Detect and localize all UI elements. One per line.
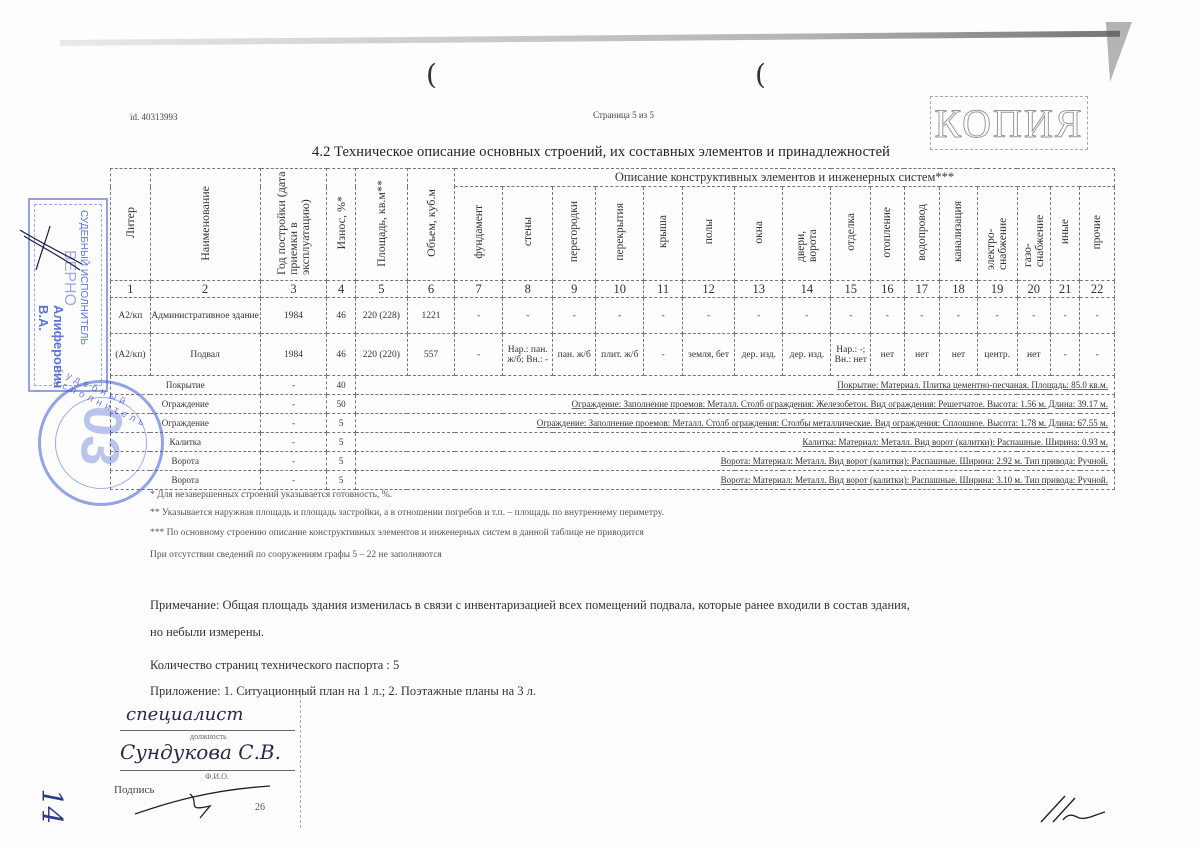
cell-liter: А2/кп (111, 298, 151, 334)
structure-description: Ограждение: Заполнение проемов: Металл. … (355, 414, 1114, 433)
seal-number: 03 (68, 403, 135, 468)
cell: Нар.: -; Вн.: нет (831, 334, 871, 376)
cell: - (682, 298, 734, 334)
structure-year: - (260, 376, 327, 395)
cell-year: 1984 (260, 334, 327, 376)
col-header-liter: Литер (111, 169, 151, 281)
page-count: Количество страниц технического паспорта… (150, 658, 399, 673)
cell: - (831, 298, 871, 334)
structure-row: Ворота - 5 Ворота: Материал: Металл. Вид… (111, 452, 1115, 471)
cell: - (735, 298, 783, 334)
cell: - (871, 298, 904, 334)
cell: - (503, 298, 553, 334)
col-header-finishing: отделка (831, 187, 871, 281)
col-header-sewage: канализация (940, 187, 978, 281)
col-header-other: иные (1050, 187, 1079, 281)
cell: - (977, 298, 1017, 334)
cell: - (553, 298, 596, 334)
cell: - (596, 298, 644, 334)
cell-liter: (А2/кп) (111, 334, 151, 376)
col-num: 7 (455, 281, 503, 298)
structure-year: - (260, 395, 327, 414)
cell: плит. ж/б (596, 334, 644, 376)
col-num: 21 (1050, 281, 1079, 298)
structure-description: Покрытие: Материал. Плитка цементно-песч… (355, 376, 1114, 395)
cell: - (783, 298, 831, 334)
round-seal: судебный исполнитель 03 (38, 380, 164, 506)
cell: дер. изд. (735, 334, 783, 376)
col-num: 1 (111, 281, 151, 298)
structure-row: Ворота - 5 Ворота: Материал: Металл. Вид… (111, 471, 1115, 490)
structure-description: Ворота: Материал: Металл. Вид ворот (кал… (355, 452, 1114, 471)
cell-volume: 557 (407, 334, 454, 376)
col-header-area: Площадь, кв.м** (355, 169, 407, 281)
col-header-heating: отопление (871, 187, 904, 281)
document-id: id. 40313993 (130, 112, 178, 122)
cell: - (1050, 334, 1079, 376)
signature-block: специалист должность Сундукова С.В. Ф.И.… (110, 690, 301, 828)
remark-line-2: но небыли измерены. (150, 625, 264, 640)
col-num: 9 (553, 281, 596, 298)
col-header-roof: крыша (644, 187, 683, 281)
copy-stamp: КОПИЯ (930, 96, 1088, 150)
cell: земля, бет (682, 334, 734, 376)
cell: - (904, 298, 940, 334)
cell: Нар.: пан. ж/б; Вн.: - (503, 334, 553, 376)
col-header-windows: окна (735, 187, 783, 281)
col-header-wear: Износ, %* (327, 169, 355, 281)
remark-line-1: Примечание: Общая площадь здания изменил… (150, 598, 910, 613)
cell-wear: 46 (327, 298, 355, 334)
cell-name: Административное здание (150, 298, 260, 334)
punch-hole-mark: ( (755, 58, 766, 91)
cell: нет (871, 334, 904, 376)
footnote-3: *** По основному строению описание конст… (150, 528, 644, 538)
cell: - (940, 298, 978, 334)
structure-row: Ограждение - 50 Ограждение: Заполнение п… (111, 395, 1115, 414)
col-header-floors-slabs: перекрытия (596, 187, 644, 281)
bailiff-rect-stamp: СУДЕБНЫЙ ИСПОЛНИТЕЛЬ ВЕРНО Алиферович В.… (28, 198, 108, 392)
col-num: 12 (682, 281, 734, 298)
cell-volume: 1221 (407, 298, 454, 334)
col-num: 4 (327, 281, 355, 298)
column-number-row: 1 2 3 4 5 6 7 8 9 10 11 12 13 14 15 16 1… (111, 281, 1115, 298)
col-num: 6 (407, 281, 454, 298)
name-handwritten: Сундукова С.В. (120, 740, 281, 764)
col-header-year: Год постройки (дата приемки в эксплуатац… (260, 169, 327, 281)
table-row: (А2/кп) Подвал 1984 46 220 (220) 557 - Н… (111, 334, 1115, 376)
cell: - (1080, 298, 1115, 334)
col-num: 19 (977, 281, 1017, 298)
cell: - (644, 334, 683, 376)
table-row: А2/кп Административное здание 1984 46 22… (111, 298, 1115, 334)
col-header-walls: стены (503, 187, 553, 281)
cell: - (1017, 298, 1050, 334)
date-fragment: 26 (255, 802, 265, 813)
col-header-water: водопровод (904, 187, 940, 281)
cell: нет (904, 334, 940, 376)
cell: нет (1017, 334, 1050, 376)
col-header-electricity: электро-снабжение (977, 187, 1017, 281)
col-header-volume: Объем, куб.м (407, 169, 454, 281)
cell-wear: 46 (327, 334, 355, 376)
structure-row: Покрытие - 40 Покрытие: Материал. Плитка… (111, 376, 1115, 395)
cell: нет (940, 334, 978, 376)
cell: центр. (977, 334, 1017, 376)
col-num: 16 (871, 281, 904, 298)
scan-artifact-line (60, 31, 1120, 46)
col-num: 17 (904, 281, 940, 298)
structure-wear: 40 (327, 376, 355, 395)
cell: дер. изд. (783, 334, 831, 376)
col-header-foundation: фундамент (455, 187, 503, 281)
col-num: 10 (596, 281, 644, 298)
cell: - (1050, 298, 1079, 334)
technical-description-table: Литер Наименование Год постройки (дата п… (110, 168, 1115, 490)
section-title: 4.2 Техническое описание основных строен… (312, 144, 890, 161)
col-num: 8 (503, 281, 553, 298)
col-header-misc: прочие (1080, 187, 1115, 281)
col-num: 2 (150, 281, 260, 298)
col-header-doors: двери, ворота (783, 187, 831, 281)
cell-name: Подвал (150, 334, 260, 376)
cell: пан. ж/б (553, 334, 596, 376)
structure-year: - (260, 471, 327, 490)
cell-area: 220 (220) (355, 334, 407, 376)
footnote-2: ** Указывается наружная площадь и площад… (150, 508, 664, 518)
col-num: 20 (1017, 281, 1050, 298)
structure-wear: 5 (327, 414, 355, 433)
col-header-gas: газо-снабжение (1017, 187, 1050, 281)
page-indicator: Страница 5 из 5 (593, 110, 654, 120)
structure-description: Калитка: Материал: Металл. Вид ворот (ка… (355, 433, 1114, 452)
footnote-4: При отсутствии сведений по сооружениям г… (150, 550, 442, 560)
structure-year: - (260, 414, 327, 433)
cell: - (455, 334, 503, 376)
signature-scribble (130, 782, 290, 822)
position-handwritten: специалист (126, 704, 243, 725)
structure-description: Ограждение: Заполнение проемов: Металл. … (355, 395, 1114, 414)
structure-description: Ворота: Материал: Металл. Вид ворот (кал… (355, 471, 1114, 490)
col-num: 3 (260, 281, 327, 298)
cell: - (1080, 334, 1115, 376)
structure-year: - (260, 433, 327, 452)
structure-wear: 50 (327, 395, 355, 414)
name-caption: Ф.И.О. (205, 772, 229, 781)
handwritten-page-number: 14 (35, 789, 68, 825)
initial-signature (1035, 790, 1115, 830)
signature-line (120, 770, 295, 771)
col-num: 15 (831, 281, 871, 298)
stamp-signature (16, 220, 86, 280)
cell-area: 220 (228) (355, 298, 407, 334)
group-header-elements: Описание конструктивных элементов и инже… (455, 169, 1115, 187)
col-num: 5 (355, 281, 407, 298)
col-header-floors: полы (682, 187, 734, 281)
structure-wear: 5 (327, 452, 355, 471)
punch-hole-mark: ( (426, 58, 437, 91)
footnote-1: * Для незавершенных строений указывается… (150, 490, 392, 500)
structure-wear: 5 (327, 433, 355, 452)
cell: - (455, 298, 503, 334)
signature-line (120, 730, 295, 731)
structure-year: - (260, 452, 327, 471)
cell-year: 1984 (260, 298, 327, 334)
structure-row: Ограждение - 5 Ограждение: Заполнение пр… (111, 414, 1115, 433)
col-num: 13 (735, 281, 783, 298)
col-header-partitions: перегородки (553, 187, 596, 281)
cell: - (644, 298, 683, 334)
structure-wear: 5 (327, 471, 355, 490)
structure-row: Калитка - 5 Калитка: Материал: Металл. В… (111, 433, 1115, 452)
col-num: 22 (1080, 281, 1115, 298)
col-num: 18 (940, 281, 978, 298)
col-num: 14 (783, 281, 831, 298)
col-num: 11 (644, 281, 683, 298)
col-header-name: Наименование (150, 169, 260, 281)
